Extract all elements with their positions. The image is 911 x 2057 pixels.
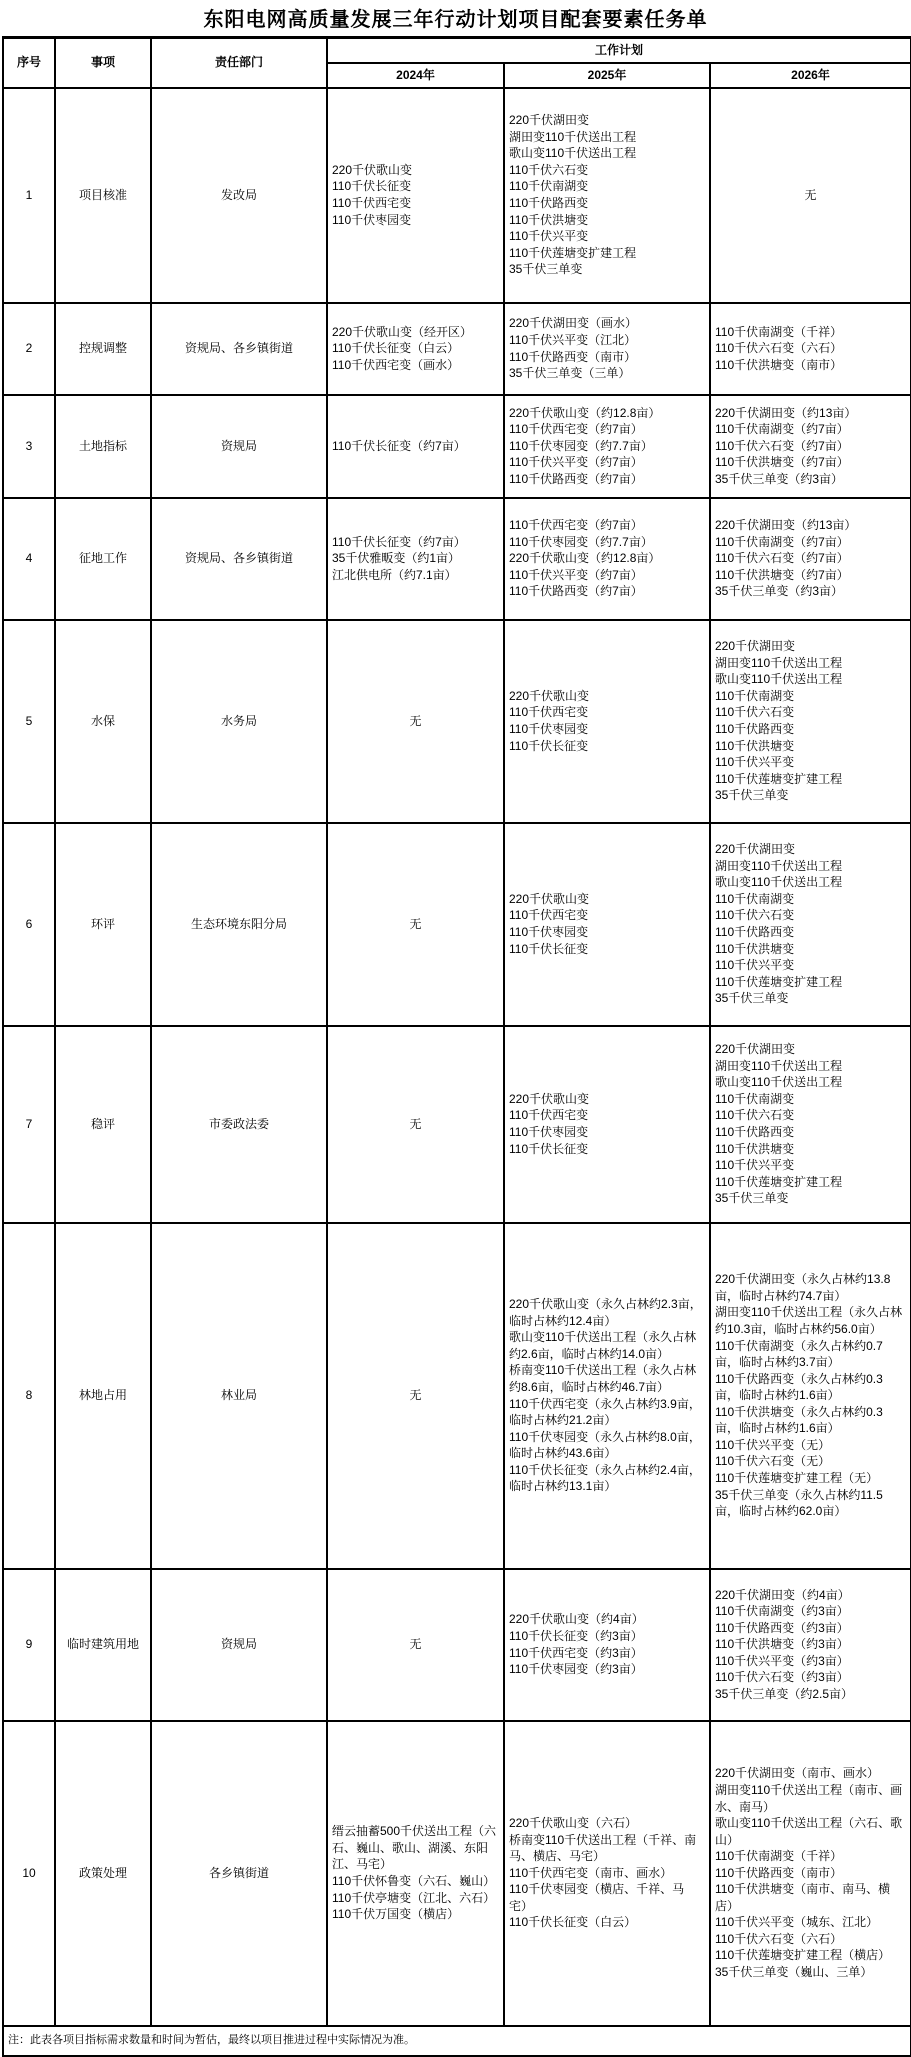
cell-plan-2025: 110千伏西宅变（约7亩） 110千伏枣园变（约7.7亩） 220千伏歌山变（约… xyxy=(504,498,710,620)
table-row: 3 土地指标 资规局 110千伏长征变（约7亩） 220千伏歌山变（约12.8亩… xyxy=(3,395,911,498)
header-col-item: 事项 xyxy=(55,38,151,88)
table-row: 10 政策处理 各乡镇街道 缙云抽蓄500千伏送出工程（六石、巍山、歌山、湖溪、… xyxy=(3,1721,911,2026)
cell-plan-2026: 220千伏湖田变（永久占林约13.8亩，临时占林约74.7亩） 湖田变110千伏… xyxy=(710,1223,911,1569)
cell-item: 水保 xyxy=(55,620,151,823)
table-row: 1 项目核准 发改局 220千伏歌山变 110千伏长征变 110千伏西宅变 11… xyxy=(3,88,911,303)
header-col-no: 序号 xyxy=(3,38,55,88)
table-header: 序号 事项 责任部门 工作计划 2024年 2025年 2026年 xyxy=(3,38,911,88)
cell-plan-2026: 220千伏湖田变（南市、画水） 湖田变110千伏送出工程（南市、画水、南马） 歌… xyxy=(710,1721,911,2026)
cell-item: 征地工作 xyxy=(55,498,151,620)
cell-department: 林业局 xyxy=(151,1223,327,1569)
cell-department: 各乡镇街道 xyxy=(151,1721,327,2026)
cell-plan-2025: 220千伏歌山变（约12.8亩） 110千伏西宅变（约7亩） 110千伏枣园变（… xyxy=(504,395,710,498)
cell-plan-2026: 220千伏湖田变（约13亩） 110千伏南湖变（约7亩） 110千伏六石变（约7… xyxy=(710,395,911,498)
cell-plan-2025: 220千伏歌山变 110千伏西宅变 110千伏枣园变 110千伏长征变 xyxy=(504,823,710,1026)
cell-item: 稳评 xyxy=(55,1026,151,1223)
cell-row-number: 1 xyxy=(3,88,55,303)
cell-plan-2025: 220千伏湖田变 湖田变110千伏送出工程 歌山变110千伏送出工程 110千伏… xyxy=(504,88,710,303)
cell-plan-2026: 无 xyxy=(710,88,911,303)
cell-plan-2026: 220千伏湖田变 湖田变110千伏送出工程 歌山变110千伏送出工程 110千伏… xyxy=(710,620,911,823)
cell-department: 水务局 xyxy=(151,620,327,823)
cell-department: 资规局、各乡镇街道 xyxy=(151,498,327,620)
footnote: 注：此表各项目指标需求数量和时间为暂估，最终以项目推进过程中实际情况为准。 xyxy=(3,2026,911,2056)
cell-row-number: 8 xyxy=(3,1223,55,1569)
cell-row-number: 3 xyxy=(3,395,55,498)
cell-row-number: 2 xyxy=(3,303,55,395)
table-row: 5 水保 水务局 无 220千伏歌山变 110千伏西宅变 110千伏枣园变 11… xyxy=(3,620,911,823)
table-row: 6 环评 生态环境东阳分局 无 220千伏歌山变 110千伏西宅变 110千伏枣… xyxy=(3,823,911,1026)
cell-plan-2026: 220千伏湖田变 湖田变110千伏送出工程 歌山变110千伏送出工程 110千伏… xyxy=(710,1026,911,1223)
cell-row-number: 9 xyxy=(3,1569,55,1721)
cell-item: 控规调整 xyxy=(55,303,151,395)
cell-plan-2024: 110千伏长征变（约7亩） 35千伏雅畈变（约1亩） 江北供电所（约7.1亩） xyxy=(327,498,504,620)
cell-plan-2026: 220千伏湖田变 湖田变110千伏送出工程 歌山变110千伏送出工程 110千伏… xyxy=(710,823,911,1026)
cell-department: 发改局 xyxy=(151,88,327,303)
cell-department: 资规局、各乡镇街道 xyxy=(151,303,327,395)
cell-department: 生态环境东阳分局 xyxy=(151,823,327,1026)
table-row: 9 临时建筑用地 资规局 无 220千伏歌山变（约4亩） 110千伏长征变（约3… xyxy=(3,1569,911,1721)
cell-plan-2025: 220千伏歌山变 110千伏西宅变 110千伏枣园变 110千伏长征变 xyxy=(504,620,710,823)
cell-item: 林地占用 xyxy=(55,1223,151,1569)
table-row: 4 征地工作 资规局、各乡镇街道 110千伏长征变（约7亩） 35千伏雅畈变（约… xyxy=(3,498,911,620)
cell-plan-2024: 无 xyxy=(327,1569,504,1721)
cell-plan-2026: 220千伏湖田变（约4亩） 110千伏南湖变（约3亩） 110千伏路西变（约3亩… xyxy=(710,1569,911,1721)
table-row: 2 控规调整 资规局、各乡镇街道 220千伏歌山变（经开区） 110千伏长征变（… xyxy=(3,303,911,395)
cell-plan-2025: 220千伏歌山变（六石） 桥南变110千伏送出工程（千祥、南马、横店、马宅） 1… xyxy=(504,1721,710,2026)
header-col-plan: 工作计划 xyxy=(327,38,911,63)
cell-row-number: 6 xyxy=(3,823,55,1026)
table-row: 8 林地占用 林业局 无 220千伏歌山变（永久占林约2.3亩，临时占林约12.… xyxy=(3,1223,911,1569)
table-footer: 注：此表各项目指标需求数量和时间为暂估，最终以项目推进过程中实际情况为准。 xyxy=(3,2026,911,2056)
cell-plan-2026: 110千伏南湖变（千祥） 110千伏六石变（六石） 110千伏洪塘变（南市） xyxy=(710,303,911,395)
cell-department: 资规局 xyxy=(151,395,327,498)
cell-plan-2024: 无 xyxy=(327,1026,504,1223)
cell-plan-2024: 无 xyxy=(327,620,504,823)
cell-plan-2024: 220千伏歌山变（经开区） 110千伏长征变（白云） 110千伏西宅变（画水） xyxy=(327,303,504,395)
cell-plan-2024: 110千伏长征变（约7亩） xyxy=(327,395,504,498)
cell-item: 临时建筑用地 xyxy=(55,1569,151,1721)
task-table-body: 1 项目核准 发改局 220千伏歌山变 110千伏长征变 110千伏西宅变 11… xyxy=(3,88,911,2026)
header-year-2026: 2026年 xyxy=(710,63,911,88)
header-col-dept: 责任部门 xyxy=(151,38,327,88)
cell-item: 环评 xyxy=(55,823,151,1026)
cell-plan-2024: 无 xyxy=(327,1223,504,1569)
cell-plan-2024: 220千伏歌山变 110千伏长征变 110千伏西宅变 110千伏枣园变 xyxy=(327,88,504,303)
cell-row-number: 10 xyxy=(3,1721,55,2026)
page-title: 东阳电网高质量发展三年行动计划项目配套要素任务单 xyxy=(0,0,911,36)
cell-row-number: 5 xyxy=(3,620,55,823)
cell-item: 政策处理 xyxy=(55,1721,151,2026)
cell-plan-2024: 缙云抽蓄500千伏送出工程（六石、巍山、歌山、湖溪、东阳江、马宅） 110千伏怀… xyxy=(327,1721,504,2026)
task-table: 序号 事项 责任部门 工作计划 2024年 2025年 2026年 1 项目核准… xyxy=(2,36,911,2057)
cell-row-number: 7 xyxy=(3,1026,55,1223)
cell-item: 项目核准 xyxy=(55,88,151,303)
header-year-2024: 2024年 xyxy=(327,63,504,88)
cell-department: 资规局 xyxy=(151,1569,327,1721)
cell-department: 市委政法委 xyxy=(151,1026,327,1223)
cell-plan-2025: 220千伏歌山变 110千伏西宅变 110千伏枣园变 110千伏长征变 xyxy=(504,1026,710,1223)
table-row: 7 稳评 市委政法委 无 220千伏歌山变 110千伏西宅变 110千伏枣园变 … xyxy=(3,1026,911,1223)
cell-plan-2025: 220千伏歌山变（永久占林约2.3亩，临时占林约12.4亩） 歌山变110千伏送… xyxy=(504,1223,710,1569)
cell-row-number: 4 xyxy=(3,498,55,620)
cell-plan-2024: 无 xyxy=(327,823,504,1026)
cell-plan-2025: 220千伏歌山变（约4亩） 110千伏长征变（约3亩） 110千伏西宅变（约3亩… xyxy=(504,1569,710,1721)
cell-plan-2026: 220千伏湖田变（约13亩） 110千伏南湖变（约7亩） 110千伏六石变（约7… xyxy=(710,498,911,620)
cell-plan-2025: 220千伏湖田变（画水） 110千伏兴平变（江北） 110千伏路西变（南市） 3… xyxy=(504,303,710,395)
header-year-2025: 2025年 xyxy=(504,63,710,88)
cell-item: 土地指标 xyxy=(55,395,151,498)
